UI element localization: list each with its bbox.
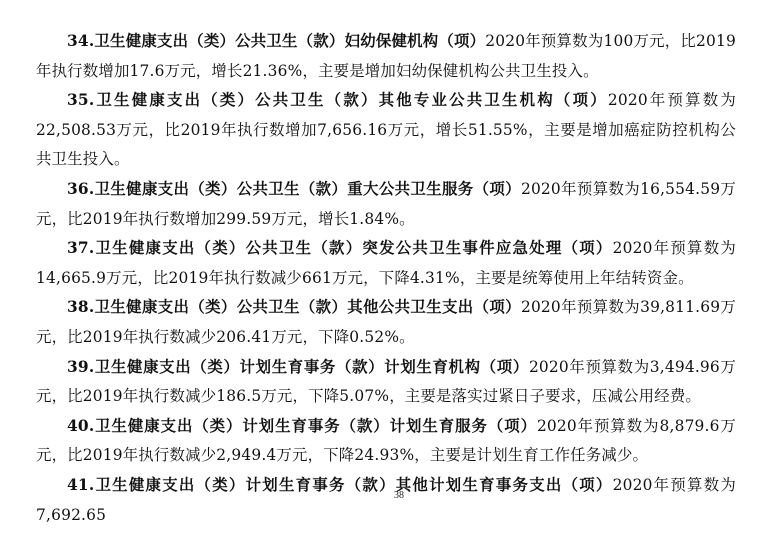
paragraph-heading: 38.卫生健康支出（类）公共卫生（款）其他公共卫生支出（项） — [67, 298, 521, 316]
paragraph-heading: 35.卫生健康支出（类）公共卫生（款）其他专业公共卫生机构（项） — [67, 91, 608, 109]
paragraph-heading: 34.卫生健康支出（类）公共卫生（款）妇幼保健机构（项） — [67, 32, 485, 50]
paragraph-heading: 39.卫生健康支出（类）计划生育事务（款）计划生育机构（项） — [67, 358, 529, 376]
paragraph-item-36: 36.卫生健康支出（类）公共卫生（款）重大公共卫生服务（项）2020年预算数为1… — [36, 175, 736, 234]
paragraph-heading: 37.卫生健康支出（类）公共卫生（款）突发公共卫生事件应急处理（项） — [67, 239, 613, 257]
paragraph-heading: 36.卫生健康支出（类）公共卫生（款）重大公共卫生服务（项） — [67, 180, 521, 198]
paragraph-item-37: 37.卫生健康支出（类）公共卫生（款）突发公共卫生事件应急处理（项）2020年预… — [36, 234, 736, 293]
paragraph-item-34: 34.卫生健康支出（类）公共卫生（款）妇幼保健机构（项）2020年预算数为100… — [36, 27, 736, 86]
paragraph-item-40: 40.卫生健康支出（类）计划生育事务（款）计划生育服务（项）2020年预算数为8… — [36, 412, 736, 471]
paragraph-item-35: 35.卫生健康支出（类）公共卫生（款）其他专业公共卫生机构（项）2020年预算数… — [36, 86, 736, 175]
paragraph-item-39: 39.卫生健康支出（类）计划生育事务（款）计划生育机构（项）2020年预算数为3… — [36, 353, 736, 412]
paragraph-heading: 40.卫生健康支出（类）计划生育事务（款）计划生育服务（项） — [67, 417, 537, 435]
page-number: 38 — [394, 490, 404, 501]
paragraph-item-38: 38.卫生健康支出（类）公共卫生（款）其他公共卫生支出（项）2020年预算数为3… — [36, 293, 736, 352]
paragraph-heading: 41.卫生健康支出（类）计划生育事务（款）其他计划生育事务支出（项） — [67, 476, 613, 494]
paragraph-item-41: 41.卫生健康支出（类）计划生育事务（款）其他计划生育事务支出（项）2020年预… — [36, 471, 736, 530]
document-page: 34.卫生健康支出（类）公共卫生（款）妇幼保健机构（项）2020年预算数为100… — [36, 27, 736, 530]
